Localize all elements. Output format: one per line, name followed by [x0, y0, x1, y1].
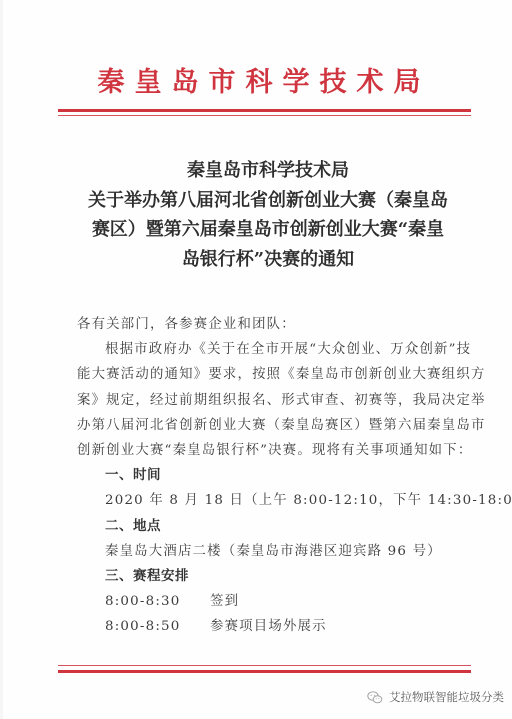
paragraph-line: 办第八届河北省创新创业大赛（秦皇岛赛区）暨第六届秦皇岛市 [77, 413, 461, 438]
schedule-time: 8:00-8:30 [105, 589, 210, 614]
notice-title: 秦皇岛市科学技术局 关于举办第八届河北省创新创业大赛（秦皇岛 赛区）暨第六届秦皇… [75, 156, 461, 274]
schedule-row: 8:00-8:30 签到 [77, 589, 461, 614]
section-heading-schedule: 三、赛程安排 [77, 564, 461, 589]
title-line: 关于举办第八届河北省创新创业大赛（秦皇岛 [75, 186, 461, 216]
letterhead-rule-thin [58, 115, 471, 116]
paragraph-line: 案》规定，经过前期组织报名、形式审查、初赛等，我局决定举 [77, 388, 461, 413]
schedule-row: 8:00-8:50 参赛项目场外展示 [77, 614, 461, 639]
letterhead-rule-thick [58, 109, 471, 112]
watermark-text: 艾拉物联智能垃圾分类 [389, 689, 504, 705]
footer-rule-thick [58, 670, 471, 673]
paragraph-line: 创新创业大赛“秦皇岛银行杯”决赛。现将有关事项通知如下： [77, 438, 461, 463]
document-page: 秦皇岛市科学技术局 秦皇岛市科学技术局 关于举办第八届河北省创新创业大赛（秦皇岛… [0, 0, 512, 719]
section-content-location: 秦皇岛大酒店二楼（秦皇岛市海港区迎宾路 96 号） [77, 539, 461, 564]
section-content-time: 2020 年 8 月 18 日（上午 8:00-12:10，下午 14:30-1… [77, 488, 461, 513]
schedule-item: 参赛项目场外展示 [210, 614, 327, 639]
salutation: 各有关部门，各参赛企业和团队： [77, 312, 461, 337]
footer-rule-thin [58, 665, 471, 666]
letterhead-org-name: 秦皇岛市科学技术局 [3, 67, 512, 99]
wechat-icon [367, 691, 383, 704]
watermark: 艾拉物联智能垃圾分类 [367, 689, 504, 705]
title-line: 岛银行杯”决赛的通知 [75, 245, 461, 275]
section-heading-location: 二、地点 [77, 514, 461, 539]
schedule-time: 8:00-8:50 [105, 614, 210, 639]
paragraph-line: 根据市政府办《关于在全市开展“大众创业、万众创新”技 [77, 337, 461, 362]
schedule-item: 签到 [210, 589, 239, 614]
title-line: 赛区）暨第六届秦皇岛市创新创业大赛“秦皇 [75, 215, 461, 245]
title-line: 秦皇岛市科学技术局 [75, 156, 461, 186]
paragraph-line: 能大赛活动的通知》要求，按照《秦皇岛市创新创业大赛组织方 [77, 362, 461, 387]
notice-body: 各有关部门，各参赛企业和团队： 根据市政府办《关于在全市开展“大众创业、万众创新… [77, 312, 461, 640]
section-heading-time: 一、时间 [77, 463, 461, 488]
